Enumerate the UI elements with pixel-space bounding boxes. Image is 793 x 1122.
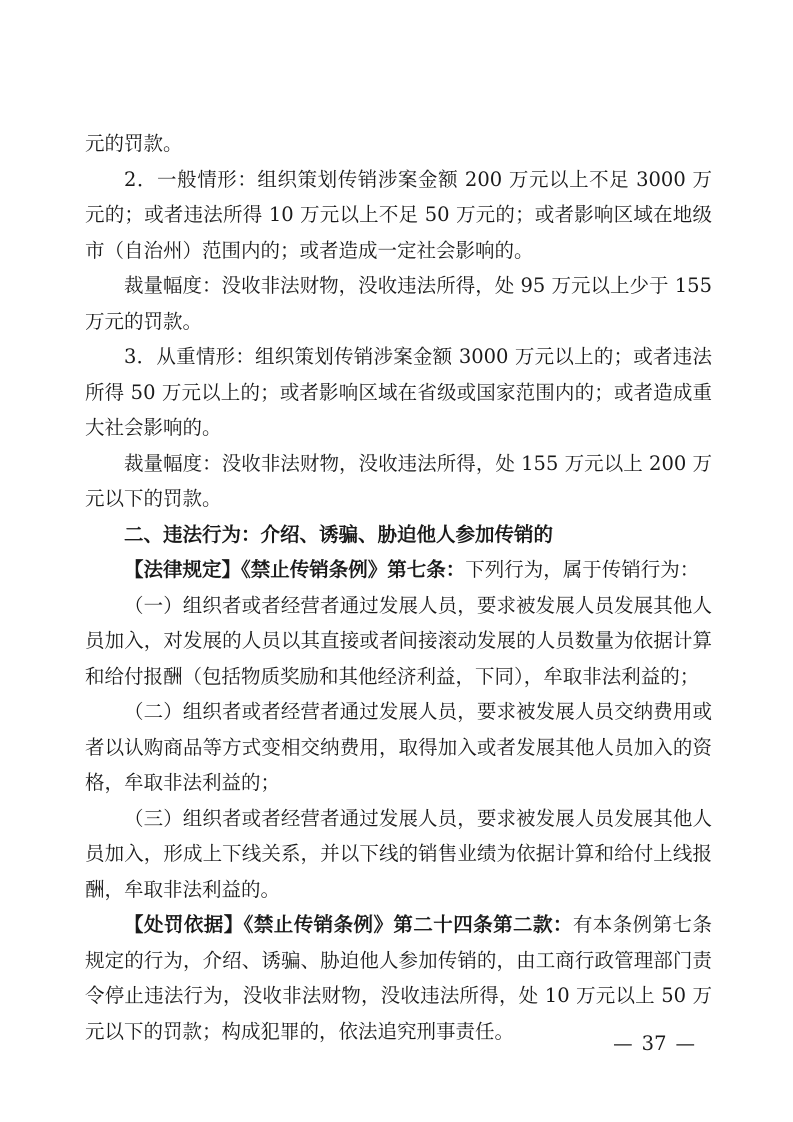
legal-provision-text: 下列行为，属于传销行为： xyxy=(465,558,699,581)
page-number-dash-left: — xyxy=(613,1032,633,1055)
paragraph-legal-provision: 【法律规定】《禁止传销条例》第七条：下列行为，属于传销行为： xyxy=(85,552,712,588)
paragraph-item-two: （二）组织者或者经营者通过发展人员，要求被发展人员交纳费用或者以认购商品等方式变… xyxy=(85,694,712,801)
paragraph-general-circumstance: 2．一般情形：组织策划传销涉案金额 200 万元以上不足 3000 万元的；或者… xyxy=(85,162,712,269)
penalty-basis-label: 【处罚依据】《禁止传销条例》第二十四条第二款： xyxy=(124,913,573,936)
legal-provision-label: 【法律规定】《禁止传销条例》第七条： xyxy=(124,558,465,581)
page-footer: — 37 — xyxy=(613,1032,695,1055)
section-heading-illegal-act: 二、违法行为：介绍、诱骗、胁迫他人参加传销的 xyxy=(85,517,712,553)
paragraph-discretion-range-2: 裁量幅度：没收非法财物，没收违法所得，处 155 万元以上 200 万元以下的罚… xyxy=(85,446,712,517)
page-number-dash-right: — xyxy=(676,1032,696,1055)
paragraph-penalty-basis: 【处罚依据】《禁止传销条例》第二十四条第二款：有本条例第七条规定的行为，介绍、诱… xyxy=(85,907,712,1049)
document-page: 元的罚款。 2．一般情形：组织策划传销涉案金额 200 万元以上不足 3000 … xyxy=(0,0,793,1122)
paragraph-item-three: （三）组织者或者经营者通过发展人员，要求被发展人员发展其他人员加入，形成上下线关… xyxy=(85,801,712,908)
paragraph-item-one: （一）组织者或者经营者通过发展人员，要求被发展人员发展其他人员加入，对发展的人员… xyxy=(85,588,712,695)
paragraph-aggravated-circumstance: 3．从重情形：组织策划传销涉案金额 3000 万元以上的；或者违法所得 50 万… xyxy=(85,339,712,446)
page-content: 元的罚款。 2．一般情形：组织策划传销涉案金额 200 万元以上不足 3000 … xyxy=(85,126,712,1049)
paragraph-fine-continuation: 元的罚款。 xyxy=(85,126,712,162)
page-number: 37 xyxy=(642,1032,667,1055)
paragraph-discretion-range-1: 裁量幅度：没收非法财物，没收违法所得，处 95 万元以上少于 155 万元的罚款… xyxy=(85,268,712,339)
